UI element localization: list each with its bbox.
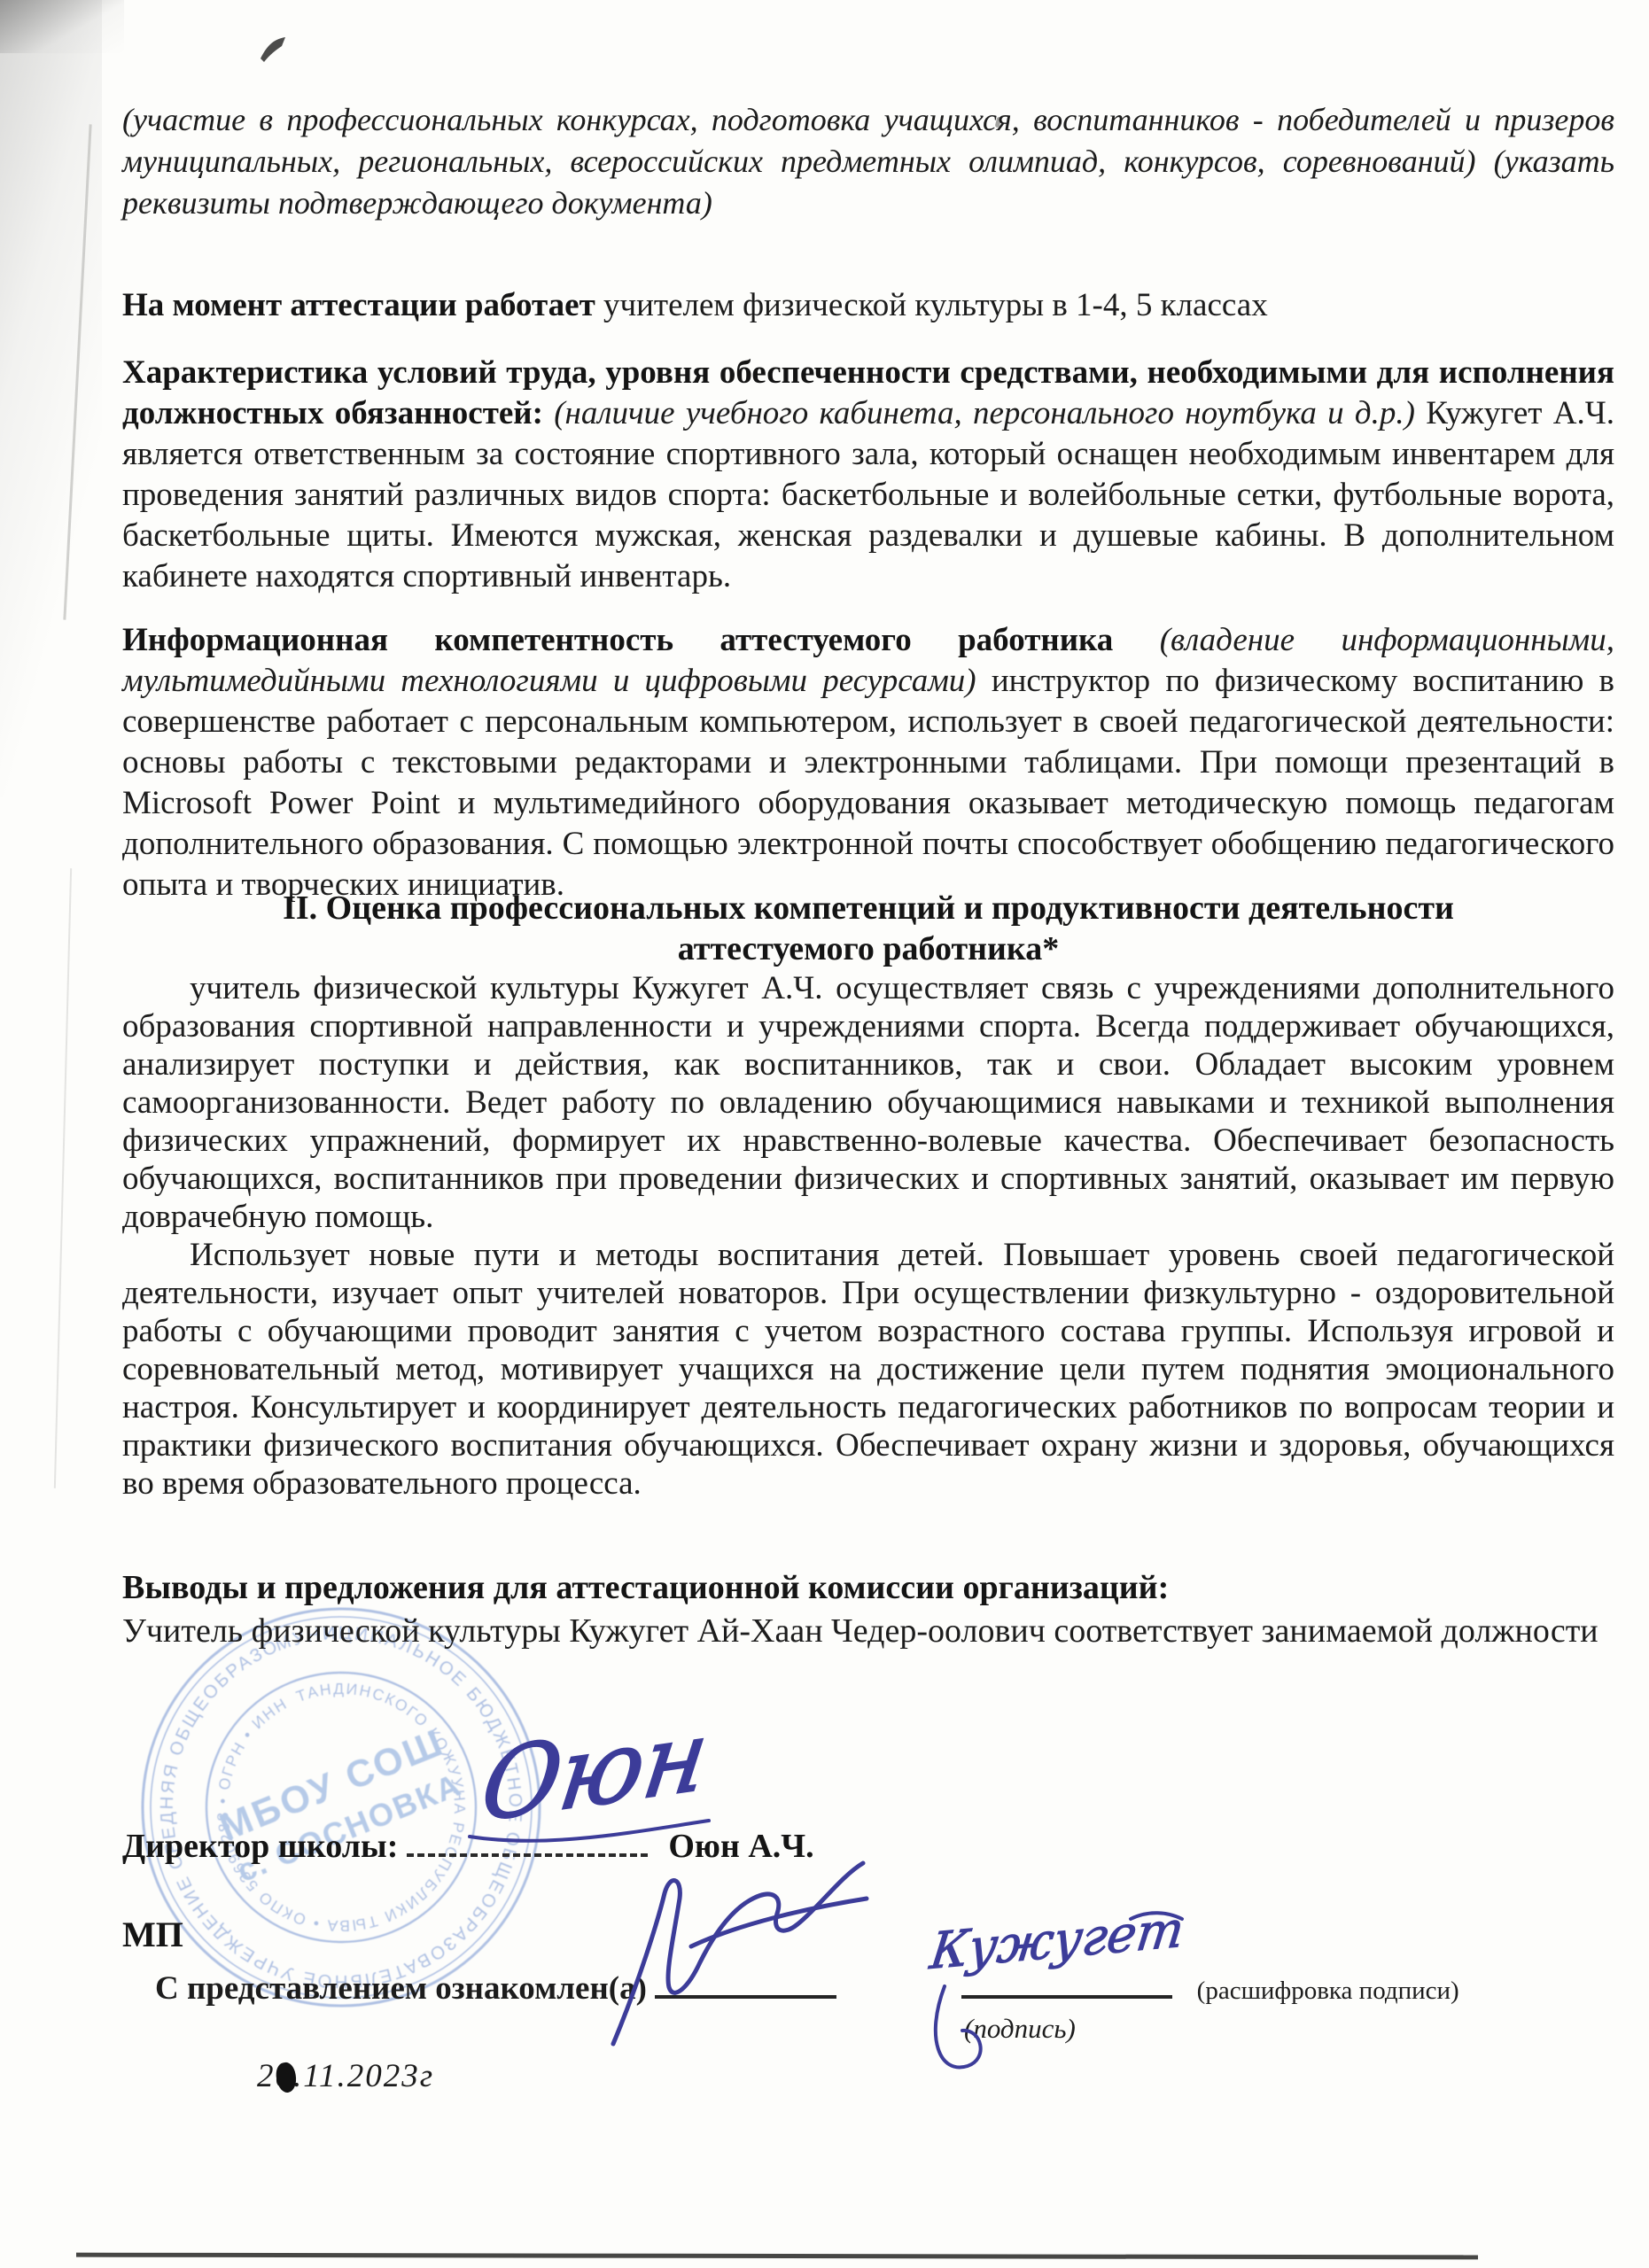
current-work-label: На момент аттестации работает (122, 287, 595, 323)
intro-footnote: (участие в профессиональных конкурсах, п… (122, 99, 1614, 224)
section2-paragraph-1: учитель физической культуры Кужугет А.Ч.… (122, 969, 1614, 1236)
director-label: Директор школы: (122, 1828, 398, 1865)
pen-mark (255, 32, 296, 67)
current-work-line: На момент аттестации работает учителем ф… (122, 285, 1614, 326)
section2-body: учитель физической культуры Кужугет А.Ч.… (122, 969, 1614, 1503)
info-competence-paragraph: Информационная компетентность аттестуемо… (122, 620, 1614, 905)
conclusions-block: Выводы и предложения для аттестационной … (122, 1566, 1614, 1653)
conclusions-heading: Выводы и предложения для аттестационной … (122, 1566, 1614, 1610)
conclusions-body: Учитель физической культуры Кужугет Ай-Х… (122, 1610, 1614, 1653)
scan-corner-smudge (0, 0, 124, 53)
working-conditions-note: (наличие учебного кабинета, персональног… (543, 395, 1426, 431)
section2-paragraph-2: Использует новые пути и методы воспитани… (122, 1236, 1614, 1503)
section2-title-line1: II. Оценка профессиональных компетенций … (122, 888, 1614, 928)
scanned-document-page: МУНИЦИПАЛЬНОЕ БЮДЖЕТНОЕ ОБЩЕОБРАЗОВАТЕЛЬ… (0, 0, 1649, 2268)
scanner-bottom-line (76, 2253, 1478, 2260)
section2-title-line2: аттестуемого работника* (122, 928, 1614, 969)
working-conditions-paragraph: Характеристика условий труда, уровня обе… (122, 353, 1614, 597)
ack-handwritten-name: Кужугет (893, 1894, 1265, 2089)
info-competence-heading: Информационная компетентность аттестуемо… (122, 622, 1113, 658)
section2-title: II. Оценка профессиональных компетенций … (122, 888, 1614, 969)
acknowledgement-handwritten-signature (558, 1838, 913, 2060)
current-work-value: учителем физической культуры в 1-4, 5 кл… (595, 287, 1268, 323)
scan-edge-shadow (0, 0, 102, 797)
director-signature-text: Оюн (475, 1698, 714, 1845)
paper-crease (54, 868, 72, 1488)
